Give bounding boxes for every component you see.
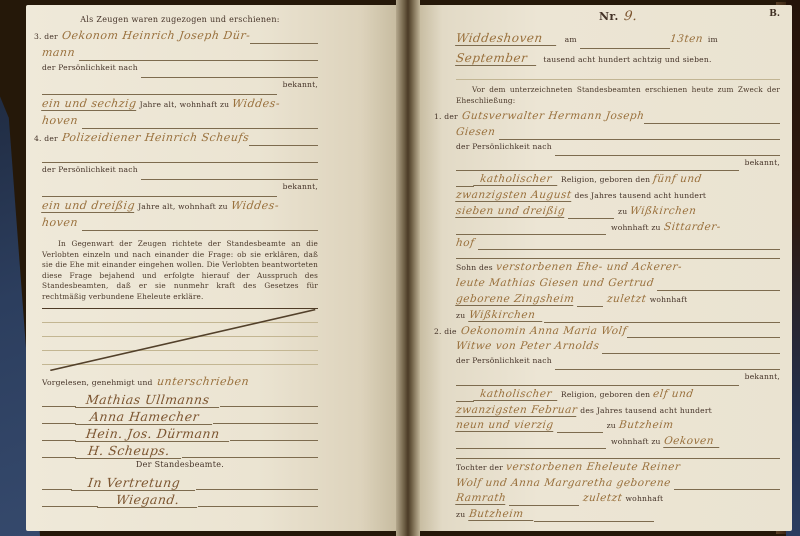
religion-born-label-bride: Religion, geboren den	[561, 390, 650, 399]
groom-number: 1. der	[434, 112, 458, 121]
groom-name-line1: Gutsverwalter Hermann Joseph	[461, 110, 645, 122]
bride-birthplace: Butzheim	[618, 419, 674, 431]
witness3-residence-line1: Widdes-	[231, 97, 281, 110]
declaration-paragraph: In Gegenwart der Zeugen richtete der Sta…	[42, 239, 318, 302]
witness3-number: 3. der	[34, 32, 58, 41]
groom-parents-line2: leute Mathias Giesen und Gertrud	[455, 277, 655, 289]
age-resident-label-2: Jahre alt, wohnhaft zu	[138, 202, 228, 211]
record-year-printed: tausend acht hundert achtzig und sieben.	[543, 55, 711, 64]
bride-parents-line2: Wolf und Anna Margaretha geborene	[455, 477, 671, 489]
signed-handwritten: unterschrieben	[156, 375, 250, 388]
bride-name-line1: Oekonomin Anna Maria Wolf	[460, 325, 627, 337]
lastly-handwritten-groom: zuletzt	[607, 293, 648, 305]
signature-3: Hein. Jos. Dürmann	[75, 426, 231, 442]
bride-birthday-part2: zwanzigsten Februar	[455, 404, 578, 417]
groom-birthplace: Wißkirchen	[630, 205, 698, 217]
known-label-bride: bekannt,	[745, 372, 780, 381]
signature-2: Anna Hamecher	[75, 409, 214, 425]
witness4-number: 4. der	[34, 134, 58, 143]
bride-parents-place: Butzheim	[468, 508, 534, 521]
groom-religion: katholischer	[473, 173, 559, 186]
groom-residence-line1: Sittarder-	[663, 221, 721, 233]
groom-birthday-part2: zwanzigsten August	[455, 189, 572, 202]
left-page: Als Zeugen waren zugezogen und erschiene…	[26, 5, 398, 531]
registrar-signature: Wiegand.	[97, 492, 198, 508]
age-resident-label: Jahre alt, wohnhaft zu	[140, 100, 230, 109]
bride-parents-line1: verstorbenen Eheleute Reiner	[505, 461, 681, 473]
at-label-groom: zu	[618, 207, 627, 216]
known-label: bekannt,	[283, 80, 318, 89]
witness3-age: ein und sechzig	[41, 97, 137, 111]
bride-residence: Oekoven	[663, 435, 721, 448]
witness3-residence-line2: hoven	[41, 114, 79, 127]
son-of-label: Sohn des	[456, 263, 493, 272]
registry-book-photo: Als Zeugen waren zugezogen und erschiene…	[0, 0, 800, 536]
identity-label-groom: der Persönlichkeit nach	[456, 142, 552, 151]
in-label: im	[708, 35, 718, 44]
at-label-bride2: zu	[456, 510, 465, 519]
known-label-groom: bekannt,	[745, 158, 780, 167]
registrar-label: Der Standesbeamte.	[136, 460, 224, 469]
record-place: Widdeshoven	[455, 31, 557, 46]
resident-label-groom2: wohnhaft	[650, 295, 688, 304]
record-month: September	[455, 51, 538, 66]
bride-mother-maiden: Ramrath	[455, 492, 507, 505]
at-label-groom2: zu	[456, 311, 465, 320]
daughter-of-label: Tochter der	[456, 463, 503, 472]
resident-label-bride: wohnhaft zu	[611, 437, 661, 446]
deputy-note: In Vertretung	[71, 475, 197, 491]
bride-birthday-part1: elf und	[652, 388, 694, 400]
at-label-bride: zu	[607, 421, 616, 430]
groom-name-line2: Giesen	[455, 126, 496, 138]
signature-1: Mathias Ullmanns	[75, 392, 220, 408]
groom-parents-place: Wißkirchen	[468, 309, 544, 322]
crossed-out-section	[42, 308, 318, 371]
bride-birthyear: neun und vierzig	[455, 419, 554, 432]
witness4-residence-line1: Widdes-	[230, 199, 280, 212]
lastly-handwritten-bride: zuletzt	[582, 492, 623, 504]
identity-label: der Persönlichkeit nach	[42, 63, 138, 72]
groom-parents-line1: verstorbenen Ehe- und Ackerer-	[495, 261, 683, 273]
year-of-label-groom: des Jahres tausend acht hundert	[575, 191, 707, 200]
record-day: 13ten	[669, 33, 704, 45]
witness3-name-line1: Oekonom Heinrich Joseph Dür-	[61, 29, 251, 42]
witness3-name-line2: mann	[41, 46, 76, 59]
right-page: Nr. 9. B. Widdeshoven am 13ten im Septem…	[420, 5, 792, 531]
resident-label-groom: wohnhaft zu	[611, 223, 661, 232]
groom-residence-line2: hof	[455, 237, 475, 249]
religion-born-label: Religion, geboren den	[561, 175, 650, 184]
book-gutter	[396, 0, 420, 536]
appearance-intro: Vor dem unterzeichneten Standesbeamten e…	[456, 85, 780, 106]
bride-number: 2. die	[434, 327, 457, 336]
bride-name-line2: Witwe von Peter Arnolds	[455, 340, 600, 352]
record-number-value: 9.	[623, 9, 638, 24]
read-approved-label: Vorgelesen, genehmigt und	[42, 378, 153, 387]
record-number-label: Nr.	[599, 10, 619, 23]
identity-label-bride: der Persönlichkeit nach	[456, 356, 552, 365]
identity-label-2: der Persönlichkeit nach	[42, 165, 138, 174]
groom-birthday-part1: fünf und	[652, 173, 702, 185]
resident-label-bride2: wohnhaft	[625, 494, 663, 503]
witness4-age: ein und dreißig	[41, 199, 136, 213]
groom-birthyear: sieben und dreißig	[455, 205, 566, 218]
strikethrough-diagonal-line	[42, 309, 318, 371]
known-label-2: bekannt,	[283, 182, 318, 191]
witness4-residence-line2: hoven	[41, 216, 79, 229]
form-letter-b: B.	[769, 9, 780, 19]
year-of-label-bride: des Jahres tausend acht hundert	[580, 406, 712, 415]
signature-4: H. Scheups.	[75, 443, 183, 459]
witness-intro: Als Zeugen waren zugezogen und erschiene…	[80, 15, 280, 24]
bride-religion: katholischer	[473, 388, 559, 401]
on-the-label: am	[565, 35, 577, 44]
groom-mother-maiden: geborene Zingsheim	[455, 293, 575, 306]
witness4-name: Polizeidiener Heinrich Scheufs	[61, 131, 250, 144]
